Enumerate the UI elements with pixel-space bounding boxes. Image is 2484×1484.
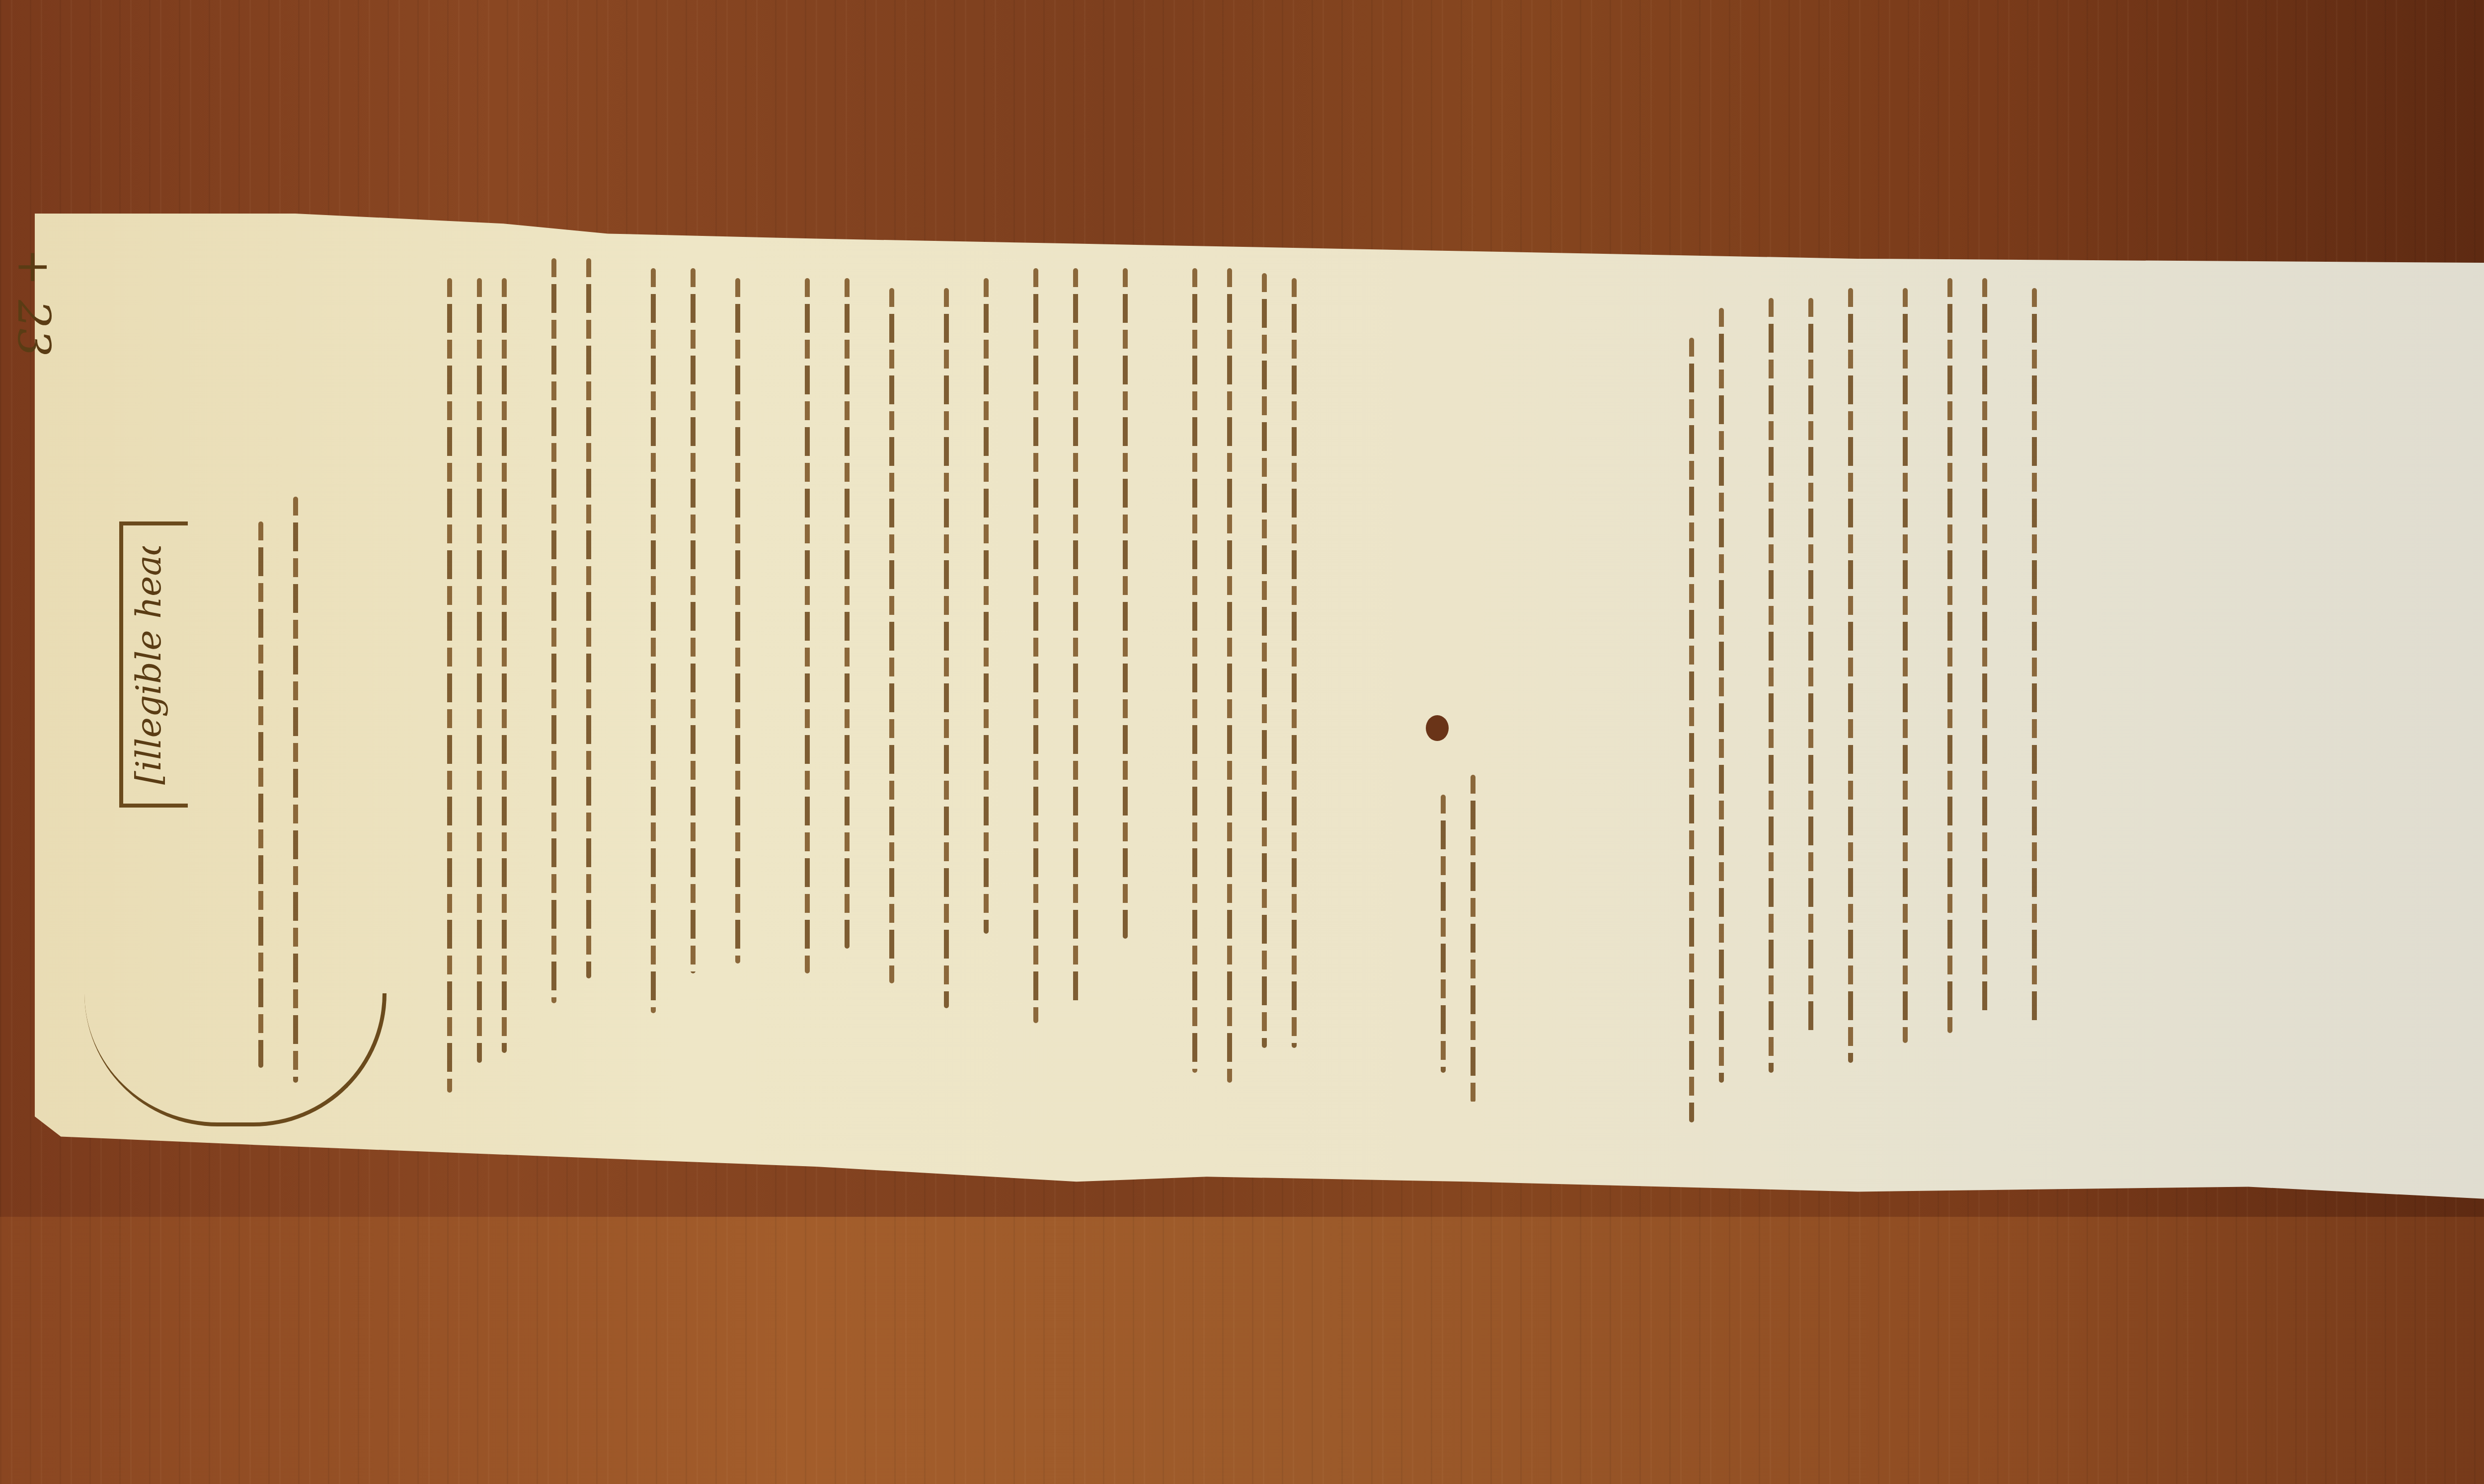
text-line bbox=[944, 288, 949, 1008]
text-line bbox=[1982, 278, 1987, 1013]
text-line bbox=[805, 278, 810, 973]
text-line bbox=[2032, 288, 2037, 1023]
text-line bbox=[1947, 278, 1952, 1033]
text-line bbox=[477, 278, 482, 1063]
text-line bbox=[1903, 288, 1908, 1043]
text-line bbox=[1769, 298, 1774, 1073]
text-line bbox=[1689, 338, 1694, 1122]
paper-hole bbox=[1426, 715, 1449, 741]
text-line bbox=[258, 521, 263, 1068]
text-line bbox=[1848, 288, 1853, 1063]
text-line bbox=[1719, 308, 1724, 1083]
text-line bbox=[845, 278, 850, 949]
text-line bbox=[691, 268, 696, 973]
text-line bbox=[1033, 268, 1038, 1023]
text-line bbox=[1192, 268, 1197, 1073]
text-line bbox=[651, 268, 656, 1013]
text-line bbox=[551, 258, 556, 1003]
text-line bbox=[1123, 268, 1128, 939]
annotation-line bbox=[1471, 775, 1475, 1103]
text-line bbox=[889, 288, 894, 983]
text-line bbox=[984, 278, 989, 934]
folio-number: + 23 bbox=[7, 248, 60, 357]
text-line bbox=[502, 278, 507, 1053]
text-line bbox=[1292, 278, 1297, 1048]
heading-text: [illegible heading, boxed] bbox=[128, 546, 173, 785]
manuscript-page bbox=[35, 214, 2484, 1217]
text-line bbox=[1808, 298, 1813, 1033]
text-line bbox=[447, 278, 452, 1093]
text-line bbox=[1262, 273, 1267, 1048]
annotation-line bbox=[1441, 795, 1446, 1073]
text-line bbox=[1073, 268, 1078, 1003]
text-line bbox=[735, 278, 740, 964]
text-line bbox=[1227, 268, 1232, 1083]
text-line bbox=[293, 497, 298, 1083]
text-line bbox=[586, 258, 591, 978]
